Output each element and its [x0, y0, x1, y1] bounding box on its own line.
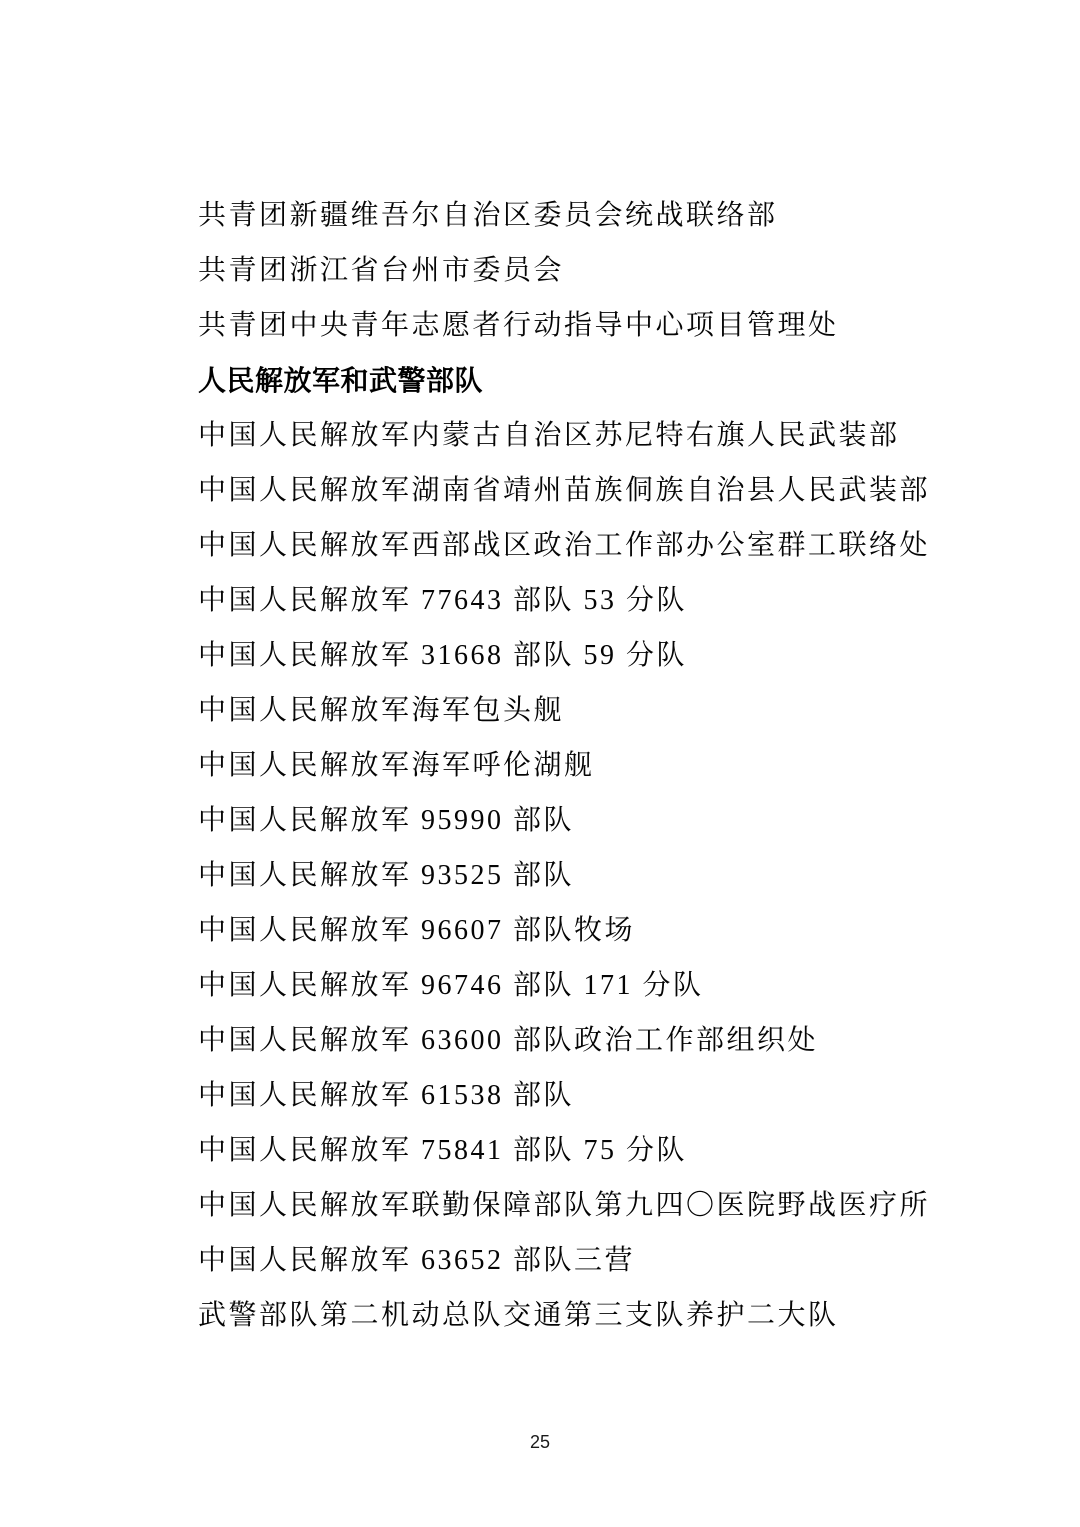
org-list-item: 中国人民解放军海军包头舰: [198, 683, 960, 738]
org-list-item: 中国人民解放军 93525 部队: [198, 848, 960, 903]
org-list-item: 中国人民解放军 31668 部队 59 分队: [198, 628, 960, 683]
org-list-item: 共青团新疆维吾尔自治区委员会统战联络部: [198, 188, 960, 243]
page-footer: 25: [0, 1432, 1080, 1453]
page-number: 25: [530, 1432, 550, 1452]
org-list-item: 中国人民解放军 96746 部队 171 分队: [198, 958, 960, 1013]
org-list-item: 中国人民解放军西部战区政治工作部办公室群工联络处: [198, 518, 960, 573]
org-list-item: 中国人民解放军湖南省靖州苗族侗族自治县人民武装部: [198, 463, 960, 518]
org-list-item: 中国人民解放军内蒙古自治区苏尼特右旗人民武装部: [198, 408, 960, 463]
org-list-item: 武警部队第二机动总队交通第三支队养护二大队: [198, 1288, 960, 1343]
org-list-item: 中国人民解放军 77643 部队 53 分队: [198, 573, 960, 628]
org-list-item: 共青团中央青年志愿者行动指导中心项目管理处: [198, 298, 960, 353]
section-heading: 人民解放军和武警部队: [198, 353, 960, 408]
org-name-list: 共青团新疆维吾尔自治区委员会统战联络部 共青团浙江省台州市委员会 共青团中央青年…: [198, 188, 960, 1343]
org-list-item: 中国人民解放军海军呼伦湖舰: [198, 738, 960, 793]
org-list-item: 中国人民解放军 95990 部队: [198, 793, 960, 848]
document-page: 共青团新疆维吾尔自治区委员会统战联络部 共青团浙江省台州市委员会 共青团中央青年…: [0, 0, 1080, 1527]
org-list-item: 中国人民解放军 75841 部队 75 分队: [198, 1123, 960, 1178]
org-list-item: 中国人民解放军 61538 部队: [198, 1068, 960, 1123]
org-list-item: 中国人民解放军 63652 部队三营: [198, 1233, 960, 1288]
org-list-item: 中国人民解放军联勤保障部队第九四〇医院野战医疗所: [198, 1178, 960, 1233]
org-list-item: 中国人民解放军 63600 部队政治工作部组织处: [198, 1013, 960, 1068]
org-list-item: 中国人民解放军 96607 部队牧场: [198, 903, 960, 958]
org-list-item: 共青团浙江省台州市委员会: [198, 243, 960, 298]
